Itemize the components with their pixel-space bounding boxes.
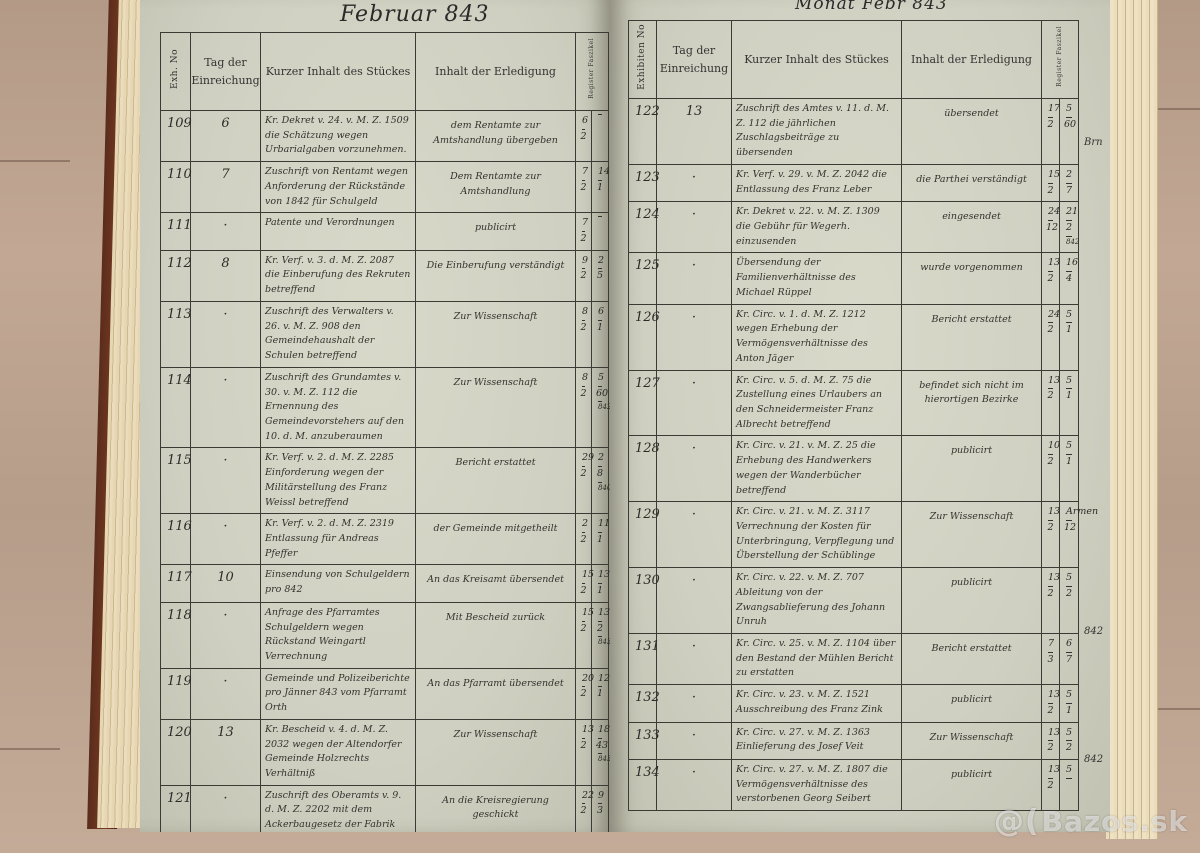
short-content: Kr. Dekret v. 22. v. M. Z. 1309 die Gebü… <box>732 202 902 253</box>
register-fraction: 132 <box>1042 502 1060 568</box>
header-day-of-submission: Tag der Einreichung <box>191 33 261 111</box>
day-of-submission: · <box>657 568 732 634</box>
register-fraction: 132 <box>1042 760 1060 811</box>
register-fraction: 132 <box>1042 253 1060 304</box>
short-content: Kr. Circ. v. 21. v. M. Z. 3117 Verrechnu… <box>732 502 902 568</box>
exhibit-number: 126 <box>629 304 657 370</box>
exhibit-number: 124 <box>629 202 657 253</box>
resolution-content: An die Kreisregierung geschickt <box>416 785 576 832</box>
day-of-submission: 8 <box>191 250 261 301</box>
register-fraction: 202 <box>576 668 592 719</box>
fascicle-fraction: 131 <box>592 565 609 602</box>
fascicle-fraction: 111 <box>592 514 609 565</box>
resolution-content: publicirt <box>902 685 1042 722</box>
exhibit-number: 109 <box>161 111 191 162</box>
fascicle-fraction: 93 <box>592 785 609 832</box>
resolution-content: Bericht erstattet <box>902 634 1042 685</box>
page-edges-right <box>1106 0 1158 839</box>
exhibit-number: 116 <box>161 514 191 565</box>
header-short-content: Kurzer Inhalt des Stückes <box>261 33 416 111</box>
bazos-watermark: @(Bazos.sk <box>994 804 1188 839</box>
at-symbol-icon: @( <box>994 804 1040 839</box>
resolution-content: publicirt <box>902 568 1042 634</box>
open-ledger-book: Februar 843 Exh. No Tag der Einreichung … <box>58 0 1168 839</box>
resolution-content: übersendet <box>902 99 1042 165</box>
ledger-row: 129 · Kr. Circ. v. 21. v. M. Z. 3117 Ver… <box>629 502 1079 568</box>
short-content: Zuschrift des Oberamts v. 9. d. M. Z. 22… <box>261 785 416 832</box>
fascicle-fraction: Armen12 <box>1060 502 1079 568</box>
exhibit-number: 127 <box>629 370 657 436</box>
short-content: Übersendung der Familienverhältnisse des… <box>732 253 902 304</box>
resolution-content: Zur Wissenschaft <box>416 301 576 367</box>
short-content: Kr. Verf. v. 3. d. M. Z. 2087 die Einber… <box>261 250 416 301</box>
day-of-submission: · <box>191 668 261 719</box>
day-of-submission: · <box>657 304 732 370</box>
fascicle-fraction: 25 <box>592 250 609 301</box>
ledger-row: 115 · Kr. Verf. v. 2. d. M. Z. 2285 Einf… <box>161 448 609 514</box>
day-of-submission: 7 <box>191 162 261 213</box>
day-of-submission: 13 <box>191 719 261 785</box>
resolution-content: dem Rentamte zur Amtshandlung übergeben <box>416 111 576 162</box>
fascicle-fraction: 212842 <box>1060 202 1079 253</box>
day-of-submission: 6 <box>191 111 261 162</box>
resolution-content: Die Einberufung verständigt <box>416 250 576 301</box>
watermark-text: Bazos.sk <box>1042 805 1188 838</box>
ledger-row: 130 · Kr. Circ. v. 22. v. M. Z. 707 Able… <box>629 568 1079 634</box>
day-of-submission: · <box>657 502 732 568</box>
register-fraction: 73 <box>1042 634 1060 685</box>
exhibit-number: 132 <box>629 685 657 722</box>
ledger-row: 126 · Kr. Circ. v. 1. d. M. Z. 1212 wege… <box>629 304 1079 370</box>
exhibit-number: 134 <box>629 760 657 811</box>
resolution-content: Zur Wissenschaft <box>416 367 576 448</box>
day-of-submission: · <box>191 602 261 668</box>
margin-note: Brn <box>1084 137 1103 148</box>
resolution-content: publicirt <box>902 760 1042 811</box>
fascicle-fraction: 61 <box>592 301 609 367</box>
exhibit-number: 111 <box>161 213 191 250</box>
ledger-row: 120 13 Kr. Bescheid v. 4. d. M. Z. 2032 … <box>161 719 609 785</box>
exhibit-number: 119 <box>161 668 191 719</box>
ledger-row: 123 · Kr. Verf. v. 29. v. M. Z. 2042 die… <box>629 164 1079 201</box>
exhibit-number: 130 <box>629 568 657 634</box>
fascicle-fraction: 121 <box>592 668 609 719</box>
day-of-submission: · <box>191 514 261 565</box>
register-fraction: 2412 <box>1042 202 1060 253</box>
left-page: Februar 843 Exh. No Tag der Einreichung … <box>140 0 610 832</box>
exhibit-number: 131 <box>629 634 657 685</box>
ledger-row: 111 · Patente und Verordnungen publicirt… <box>161 213 609 250</box>
fascicle-fraction: 141 <box>592 162 609 213</box>
header-register-fascicle: Register Faszikel <box>576 33 609 111</box>
short-content: Kr. Circ. v. 27. v. M. Z. 1807 die Vermö… <box>732 760 902 811</box>
day-of-submission: 10 <box>191 565 261 602</box>
short-content: Zuschrift von Rentamt wegen Anforderung … <box>261 162 416 213</box>
resolution-content: Zur Wissenschaft <box>416 719 576 785</box>
register-fraction: 132 <box>576 719 592 785</box>
exhibit-number: 110 <box>161 162 191 213</box>
right-ledger-table: Exhibiten No Tag der Einreichung Kurzer … <box>628 20 1079 811</box>
resolution-content: Mit Bescheid zurück <box>416 602 576 668</box>
day-of-submission: · <box>657 370 732 436</box>
exhibit-number: 115 <box>161 448 191 514</box>
ledger-row: 113 · Zuschrift des Verwalters v. 26. v.… <box>161 301 609 367</box>
resolution-content: Bericht erstattet <box>902 304 1042 370</box>
resolution-content: Zur Wissenschaft <box>902 722 1042 759</box>
header-exhibit-number: Exhibiten No <box>629 21 657 99</box>
short-content: Kr. Bescheid v. 4. d. M. Z. 2032 wegen d… <box>261 719 416 785</box>
day-of-submission: · <box>657 436 732 502</box>
register-fraction: 132 <box>1042 722 1060 759</box>
short-content: Patente und Verordnungen <box>261 213 416 250</box>
register-fraction: 102 <box>1042 436 1060 502</box>
day-of-submission: · <box>657 253 732 304</box>
register-fraction: 82 <box>576 367 592 448</box>
ledger-row: 134 · Kr. Circ. v. 27. v. M. Z. 1807 die… <box>629 760 1079 811</box>
header-resolution-content: Inhalt der Erledigung <box>416 33 576 111</box>
short-content: Kr. Dekret v. 24. v. M. Z. 1509 die Schä… <box>261 111 416 162</box>
resolution-content: eingesendet <box>902 202 1042 253</box>
register-fraction: 152 <box>576 602 592 668</box>
day-of-submission: · <box>657 760 732 811</box>
exhibit-number: 118 <box>161 602 191 668</box>
header-day-of-submission: Tag der Einreichung <box>657 21 732 99</box>
resolution-content: publicirt <box>416 213 576 250</box>
resolution-content: An das Pfarramt übersendet <box>416 668 576 719</box>
fascicle-fraction: 67 <box>1060 634 1079 685</box>
exhibit-number: 125 <box>629 253 657 304</box>
exhibit-number: 128 <box>629 436 657 502</box>
register-fraction: 92 <box>576 250 592 301</box>
short-content: Anfrage des Pfarramtes Schulgeldern wege… <box>261 602 416 668</box>
resolution-content: befindet sich nicht im hierortigen Bezir… <box>902 370 1042 436</box>
short-content: Kr. Circ. v. 5. d. M. Z. 75 die Zustellu… <box>732 370 902 436</box>
resolution-content: Zur Wissenschaft <box>902 502 1042 568</box>
ledger-row: 109 6 Kr. Dekret v. 24. v. M. Z. 1509 di… <box>161 111 609 162</box>
register-fraction: 132 <box>1042 685 1060 722</box>
right-page: Monat Febr 843 Exhibiten No Tag der Einr… <box>610 0 1110 832</box>
register-fraction: 222 <box>576 785 592 832</box>
exhibit-number: 120 <box>161 719 191 785</box>
header-short-content: Kurzer Inhalt des Stückes <box>732 21 902 99</box>
register-fraction: 82 <box>576 301 592 367</box>
exhibit-number: 117 <box>161 565 191 602</box>
day-of-submission: · <box>191 367 261 448</box>
resolution-content: wurde vorgenommen <box>902 253 1042 304</box>
ledger-row: 119 · Gemeinde und Polizeiberichte pro J… <box>161 668 609 719</box>
short-content: Zuschrift des Grundamtes v. 30. v. M. Z.… <box>261 367 416 448</box>
ledger-row: 114 · Zuschrift des Grundamtes v. 30. v.… <box>161 367 609 448</box>
ledger-row: 118 · Anfrage des Pfarramtes Schulgelder… <box>161 602 609 668</box>
fascicle-fraction <box>592 213 609 250</box>
ledger-row: 110 7 Zuschrift von Rentamt wegen Anford… <box>161 162 609 213</box>
register-fraction: 62 <box>576 111 592 162</box>
fascicle-fraction: 164 <box>1060 253 1079 304</box>
left-ledger-table: Exh. No Tag der Einreichung Kurzer Inhal… <box>160 32 609 832</box>
short-content: Kr. Circ. v. 21. v. M. Z. 25 die Erhebun… <box>732 436 902 502</box>
resolution-content: Bericht erstattet <box>416 448 576 514</box>
resolution-content: die Parthei verständigt <box>902 164 1042 201</box>
exhibit-number: 123 <box>629 164 657 201</box>
fascicle-fraction: 51 <box>1060 370 1079 436</box>
short-content: Kr. Verf. v. 2. d. M. Z. 2319 Entlassung… <box>261 514 416 565</box>
register-fraction: 152 <box>576 565 592 602</box>
short-content: Kr. Circ. v. 27. v. M. Z. 1363 Einliefer… <box>732 722 902 759</box>
short-content: Zuschrift des Verwalters v. 26. v. M. Z.… <box>261 301 416 367</box>
short-content: Kr. Verf. v. 29. v. M. Z. 2042 die Entla… <box>732 164 902 201</box>
fascicle-fraction: 560 <box>1060 99 1079 165</box>
day-of-submission: · <box>191 213 261 250</box>
ledger-row: 121 · Zuschrift des Oberamts v. 9. d. M.… <box>161 785 609 832</box>
fascicle-fraction: 51 <box>1060 436 1079 502</box>
floor-plank-seam <box>0 748 60 750</box>
header-exhibit-number: Exh. No <box>161 33 191 111</box>
ledger-row: 132 · Kr. Circ. v. 23. v. M. Z. 1521 Aus… <box>629 685 1079 722</box>
ledger-row: 133 · Kr. Circ. v. 27. v. M. Z. 1363 Ein… <box>629 722 1079 759</box>
right-month-title: Monat Febr 843 <box>795 0 948 14</box>
fascicle-fraction: 27 <box>1060 164 1079 201</box>
ledger-row: 122 13 Zuschrift des Amtes v. 11. d. M. … <box>629 99 1079 165</box>
day-of-submission: · <box>657 634 732 685</box>
short-content: Kr. Circ. v. 1. d. M. Z. 1212 wegen Erhe… <box>732 304 902 370</box>
register-fraction: 292 <box>576 448 592 514</box>
day-of-submission: · <box>191 448 261 514</box>
header-resolution-content: Inhalt der Erledigung <box>902 21 1042 99</box>
left-month-title: Februar 843 <box>340 2 489 27</box>
register-fraction: 242 <box>1042 304 1060 370</box>
exhibit-number: 114 <box>161 367 191 448</box>
header-register-fascicle: Register Faszikel <box>1042 21 1079 99</box>
exhibit-number: 113 <box>161 301 191 367</box>
fascicle-fraction: 132843 <box>592 602 609 668</box>
fascicle-fraction: 51 <box>1060 304 1079 370</box>
left-header-row: Exh. No Tag der Einreichung Kurzer Inhal… <box>161 33 609 111</box>
register-fraction: 22 <box>576 514 592 565</box>
fascicle-fraction: 52 <box>1060 722 1079 759</box>
day-of-submission: · <box>657 164 732 201</box>
resolution-content: publicirt <box>902 436 1042 502</box>
margin-note: 842 <box>1084 626 1103 637</box>
register-fraction: 132 <box>1042 568 1060 634</box>
fascicle-fraction: 560842 <box>592 367 609 448</box>
exhibit-number: 121 <box>161 785 191 832</box>
day-of-submission: · <box>191 301 261 367</box>
short-content: Kr. Circ. v. 22. v. M. Z. 707 Ableitung … <box>732 568 902 634</box>
short-content: Kr. Circ. v. 25. v. M. Z. 1104 über den … <box>732 634 902 685</box>
exhibit-number: 133 <box>629 722 657 759</box>
resolution-content: Dem Rentamte zur Amtshandlung <box>416 162 576 213</box>
ledger-row: 116 · Kr. Verf. v. 2. d. M. Z. 2319 Entl… <box>161 514 609 565</box>
resolution-content: der Gemeinde mitgetheilt <box>416 514 576 565</box>
register-fraction: 172 <box>1042 99 1060 165</box>
register-fraction: 132 <box>1042 370 1060 436</box>
resolution-content: An das Kreisamt übersendet <box>416 565 576 602</box>
exhibit-number: 122 <box>629 99 657 165</box>
day-of-submission: · <box>657 685 732 722</box>
fascicle-fraction: 51 <box>1060 685 1079 722</box>
ledger-row: 125 · Übersendung der Familienverhältnis… <box>629 253 1079 304</box>
day-of-submission: · <box>191 785 261 832</box>
short-content: Kr. Circ. v. 23. v. M. Z. 1521 Ausschrei… <box>732 685 902 722</box>
exhibit-number: 129 <box>629 502 657 568</box>
fascicle-fraction: 1843843 <box>592 719 609 785</box>
fascicle-fraction: 28840 <box>592 448 609 514</box>
ledger-row: 131 · Kr. Circ. v. 25. v. M. Z. 1104 übe… <box>629 634 1079 685</box>
fascicle-fraction <box>592 111 609 162</box>
register-fraction: 72 <box>576 162 592 213</box>
right-header-row: Exhibiten No Tag der Einreichung Kurzer … <box>629 21 1079 99</box>
day-of-submission: 13 <box>657 99 732 165</box>
ledger-row: 117 10 Einsendung von Schulgeldern pro 8… <box>161 565 609 602</box>
fascicle-fraction: 52 <box>1060 568 1079 634</box>
ledger-row: 124 · Kr. Dekret v. 22. v. M. Z. 1309 di… <box>629 202 1079 253</box>
register-fraction: 72 <box>576 213 592 250</box>
ledger-row: 128 · Kr. Circ. v. 21. v. M. Z. 25 die E… <box>629 436 1079 502</box>
day-of-submission: · <box>657 202 732 253</box>
register-fraction: 152 <box>1042 164 1060 201</box>
margin-note: 842 <box>1084 754 1103 765</box>
short-content: Gemeinde und Polizeiberichte pro Jänner … <box>261 668 416 719</box>
ledger-row: 112 8 Kr. Verf. v. 3. d. M. Z. 2087 die … <box>161 250 609 301</box>
short-content: Kr. Verf. v. 2. d. M. Z. 2285 Einforderu… <box>261 448 416 514</box>
short-content: Einsendung von Schulgeldern pro 842 <box>261 565 416 602</box>
day-of-submission: · <box>657 722 732 759</box>
ledger-row: 127 · Kr. Circ. v. 5. d. M. Z. 75 die Zu… <box>629 370 1079 436</box>
exhibit-number: 112 <box>161 250 191 301</box>
short-content: Zuschrift des Amtes v. 11. d. M. Z. 112 … <box>732 99 902 165</box>
fascicle-fraction: 5 <box>1060 760 1079 811</box>
